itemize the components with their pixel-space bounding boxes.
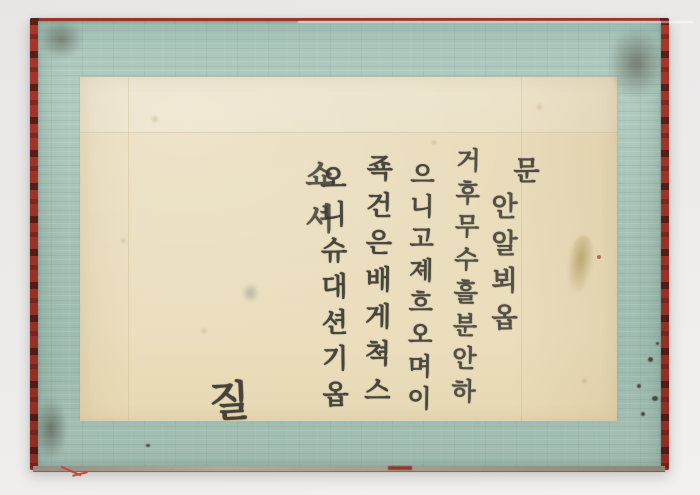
page-block-edge (33, 466, 665, 472)
photo-backdrop: 문 안알뵈옵 거후무수흘분안하 으니고졔흐오며이 죡건은배게쳑스 오니슈대션기옵… (0, 0, 700, 495)
calligraphy-column-1-head: 문 (504, 156, 543, 189)
vertical-fold-seam (521, 77, 522, 421)
red-binding-edge-right (660, 18, 669, 470)
red-paint-dab (388, 466, 412, 470)
corner-grime (608, 26, 664, 100)
corner-grime (38, 19, 84, 59)
foxing-spot (580, 377, 589, 385)
dirt-speck (652, 396, 658, 401)
foxing-spot (535, 103, 544, 111)
dirt-speck (641, 412, 645, 416)
calligraphy-column-6: 쇼셔 (294, 159, 338, 247)
corner-grime (34, 398, 68, 460)
foxing-spot (430, 139, 438, 146)
bottom-left-character: 질 (207, 368, 251, 430)
foxing-spot (120, 237, 127, 244)
vertical-fold-seam (128, 77, 129, 421)
foxing-spot (200, 327, 208, 335)
dirt-speck (146, 444, 150, 447)
blue-ink-smudge (242, 283, 259, 303)
red-fleck (597, 255, 601, 259)
calligraphy-column-1: 안알뵈옵 (482, 192, 521, 340)
brown-stain (563, 233, 597, 296)
horizontal-fold-seam (80, 132, 617, 134)
calligraphy-column-4: 죡건은배게쳑스 (355, 154, 397, 413)
calligraphy-column-3: 으니고졔흐오며이 (399, 161, 439, 417)
dirt-speck (656, 342, 659, 345)
dirt-speck (637, 384, 641, 388)
calligraphy-column-2: 거후무수흘분안하 (443, 147, 485, 412)
top-edge-highlight (298, 21, 694, 23)
dirt-speck (648, 357, 653, 362)
foxing-spot (150, 115, 160, 123)
